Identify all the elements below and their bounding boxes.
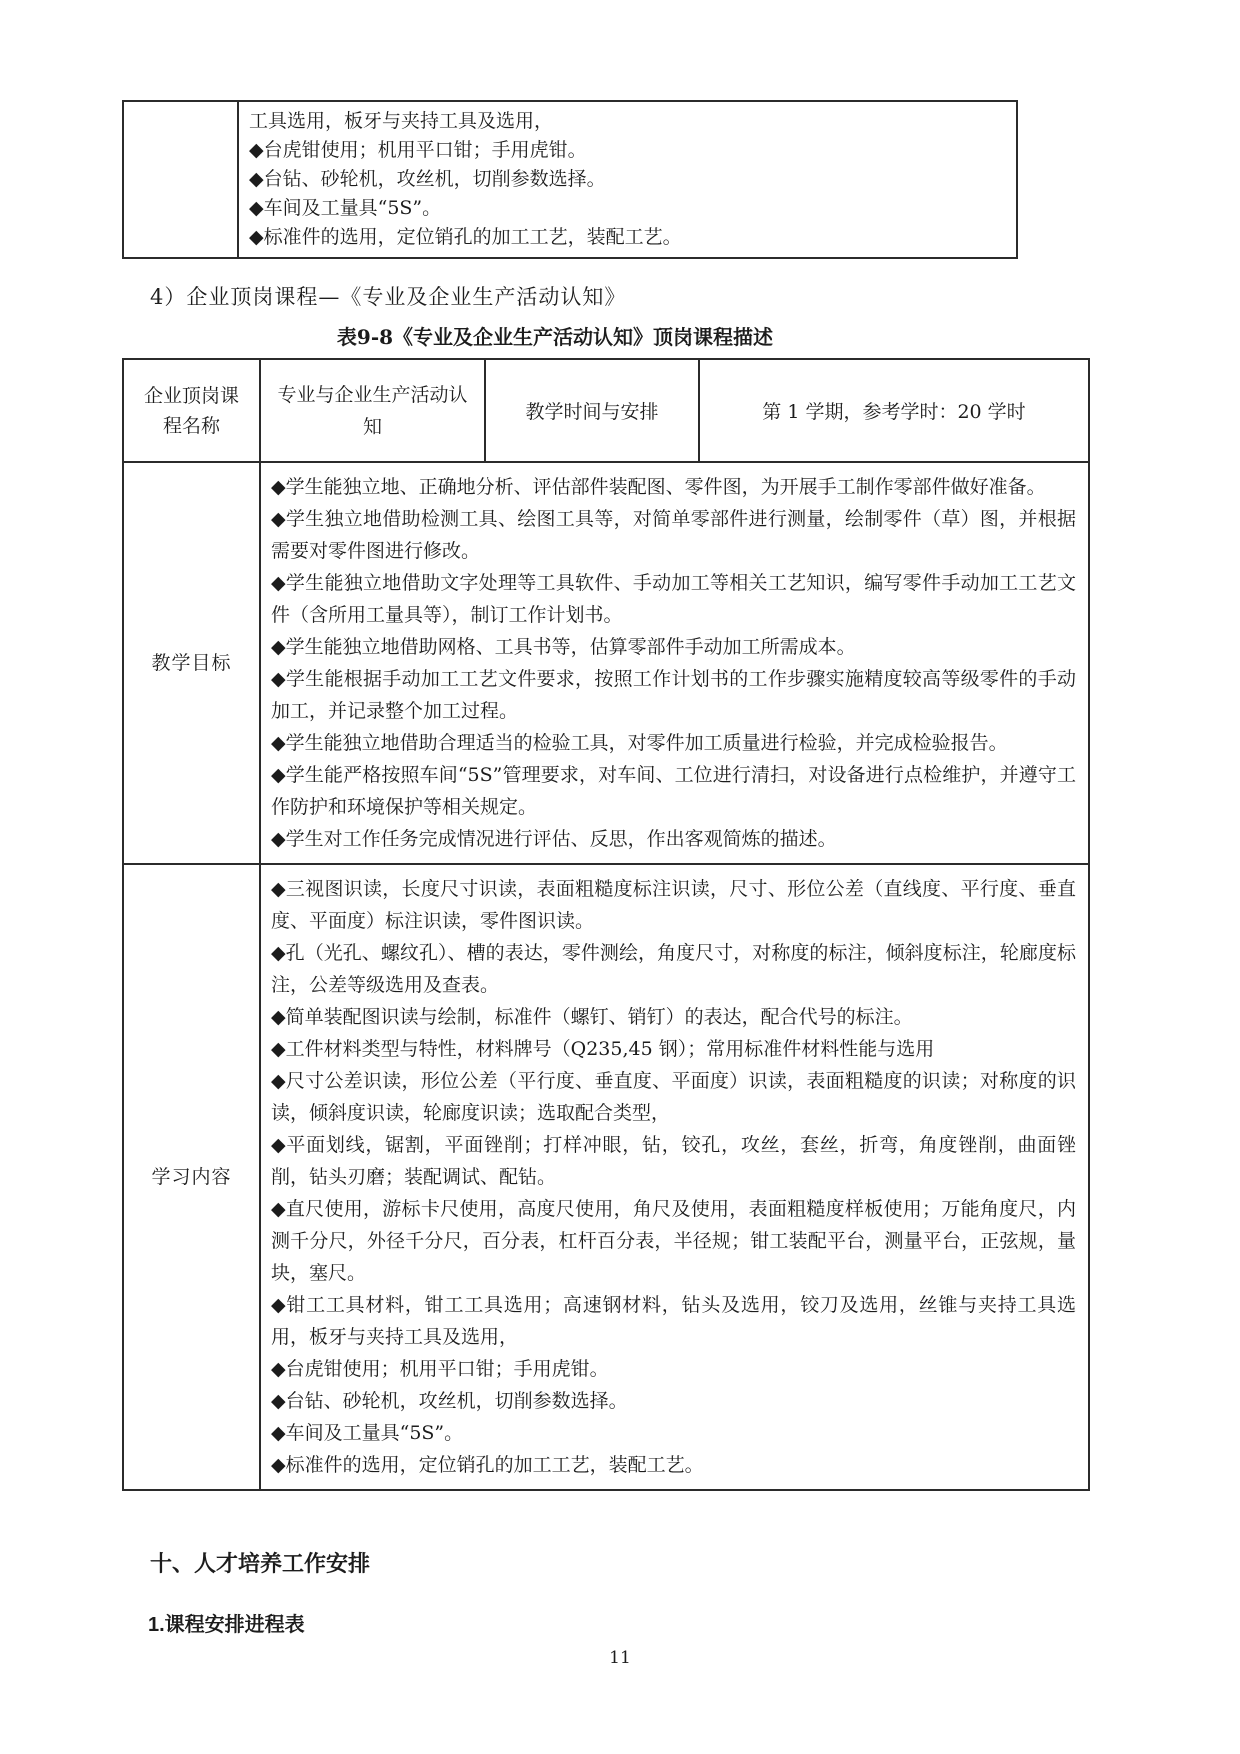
header-course-name: 专业与企业生产活动认知 bbox=[260, 359, 485, 462]
objective-item: ◆学生独立地借助检测工具、绘图工具等，对简单零部件进行测量，绘制零件（草）图，并… bbox=[271, 503, 1076, 567]
content-item: ◆尺寸公差识读，形位公差（平行度、垂直度、平面度）识读，表面粗糙度的识读；对称度… bbox=[271, 1065, 1076, 1129]
objectives-label: 教学目标 bbox=[123, 462, 260, 864]
content-item: ◆简单装配图识读与绘制，标准件（螺钉、销钉）的表达，配合代号的标注。 bbox=[271, 1001, 1076, 1033]
continuation-content-cell: 工具选用，板牙与夹持工具及选用， ◆台虎钳使用；机用平口钳；手用虎钳。 ◆台钻、… bbox=[238, 101, 1017, 258]
learning-content-cell: ◆三视图识读，长度尺寸识读，表面粗糙度标注识读，尺寸、形位公差（直线度、平行度、… bbox=[260, 864, 1089, 1490]
content-item: ◆直尺使用，游标卡尺使用，高度尺使用，角尺及使用，表面粗糙度样板使用；万能角度尺… bbox=[271, 1193, 1076, 1289]
section-heading: 4）企业顶岗课程—《专业及企业生产活动认知》 bbox=[150, 281, 988, 311]
table-header-row: 企业顶岗课程名称 专业与企业生产活动认知 教学时间与安排 第 1 学期，参考学时… bbox=[123, 359, 1089, 462]
content-item: ◆平面划线，锯割，平面锉削；打样冲眼，钻，铰孔，攻丝，套丝，折弯，角度锉削，曲面… bbox=[271, 1129, 1076, 1193]
document-page: 工具选用，板牙与夹持工具及选用， ◆台虎钳使用；机用平口钳；手用虎钳。 ◆台钻、… bbox=[0, 0, 1240, 1754]
page-number: 11 bbox=[0, 1648, 1240, 1668]
bullet-line: ◆台虎钳使用；机用平口钳；手用虎钳。 bbox=[249, 136, 1004, 165]
objectives-content-cell: ◆学生能独立地、正确地分析、评估部件装配图、零件图，为开展手工制作零部件做好准备… bbox=[260, 462, 1089, 864]
objective-item: ◆学生能独立地借助网格、工具书等，估算零部件手动加工所需成本。 bbox=[271, 631, 1076, 663]
bullet-line: ◆车间及工量具“5S”。 bbox=[249, 194, 1004, 223]
content-item: ◆标准件的选用，定位销孔的加工工艺，装配工艺。 bbox=[271, 1449, 1076, 1481]
objectives-row: 教学目标 ◆学生能独立地、正确地分析、评估部件装配图、零件图，为开展手工制作零部… bbox=[123, 462, 1089, 864]
objective-item: ◆学生能根据手动加工工艺文件要求，按照工作计划书的工作步骤实施精度较高等级零件的… bbox=[271, 663, 1076, 727]
content-item: ◆台钻、砂轮机，攻丝机，切削参数选择。 bbox=[271, 1385, 1076, 1417]
bullet-line: ◆标准件的选用，定位销孔的加工工艺，装配工艺。 bbox=[249, 223, 1004, 252]
empty-label-cell bbox=[123, 101, 238, 258]
table-row: 工具选用，板牙与夹持工具及选用， ◆台虎钳使用；机用平口钳；手用虎钳。 ◆台钻、… bbox=[123, 101, 1017, 258]
learning-content-label: 学习内容 bbox=[123, 864, 260, 1490]
sub-heading: 1.课程安排进程表 bbox=[148, 1608, 988, 1637]
objective-item: ◆学生对工作任务完成情况进行评估、反思，作出客观简炼的描述。 bbox=[271, 823, 1076, 855]
content-item: ◆孔（光孔、螺纹孔）、槽的表达，零件测绘，角度尺寸，对称度的标注，倾斜度标注，轮… bbox=[271, 937, 1076, 1001]
header-schedule-value: 第 1 学期，参考学时：20 学时 bbox=[699, 359, 1089, 462]
objective-item: ◆学生能独立地借助文字处理等工具软件、手动加工等相关工艺知识，编写零件手动加工工… bbox=[271, 567, 1076, 631]
bullet-line: 工具选用，板牙与夹持工具及选用， bbox=[249, 107, 1004, 136]
content-item: ◆钳工工具材料，钳工工具选用；高速钢材料，钻头及选用，铰刀及选用，丝锥与夹持工具… bbox=[271, 1289, 1076, 1353]
learning-content-row: 学习内容 ◆三视图识读，长度尺寸识读，表面粗糙度标注识读，尺寸、形位公差（直线度… bbox=[123, 864, 1089, 1490]
document-body: 工具选用，板牙与夹持工具及选用， ◆台虎钳使用；机用平口钳；手用虎钳。 ◆台钻、… bbox=[122, 100, 988, 1637]
objective-item: ◆学生能独立地、正确地分析、评估部件装配图、零件图，为开展手工制作零部件做好准备… bbox=[271, 471, 1076, 503]
content-item: ◆台虎钳使用；机用平口钳；手用虎钳。 bbox=[271, 1353, 1076, 1385]
previous-table-continuation: 工具选用，板牙与夹持工具及选用， ◆台虎钳使用；机用平口钳；手用虎钳。 ◆台钻、… bbox=[122, 100, 1018, 259]
content-item: ◆工件材料类型与特性，材料牌号（Q235,45 钢）；常用标准件材料性能与选用 bbox=[271, 1033, 1076, 1065]
header-course-type: 企业顶岗课程名称 bbox=[123, 359, 260, 462]
objective-item: ◆学生能严格按照车间“5S”管理要求，对车间、工位进行清扫，对设备进行点检维护，… bbox=[271, 759, 1076, 823]
bullet-line: ◆台钻、砂轮机，攻丝机，切削参数选择。 bbox=[249, 165, 1004, 194]
content-item: ◆车间及工量具“5S”。 bbox=[271, 1417, 1076, 1449]
objective-item: ◆学生能独立地借助合理适当的检验工具，对零件加工质量进行检验，并完成检验报告。 bbox=[271, 727, 1076, 759]
chapter-heading: 十、人才培养工作安排 bbox=[150, 1547, 988, 1578]
table-caption: 表9-8《专业及企业生产活动认知》顶岗课程描述 bbox=[122, 321, 988, 350]
header-schedule-label: 教学时间与安排 bbox=[485, 359, 699, 462]
course-description-table: 企业顶岗课程名称 专业与企业生产活动认知 教学时间与安排 第 1 学期，参考学时… bbox=[122, 358, 1090, 1491]
content-item: ◆三视图识读，长度尺寸识读，表面粗糙度标注识读，尺寸、形位公差（直线度、平行度、… bbox=[271, 873, 1076, 937]
